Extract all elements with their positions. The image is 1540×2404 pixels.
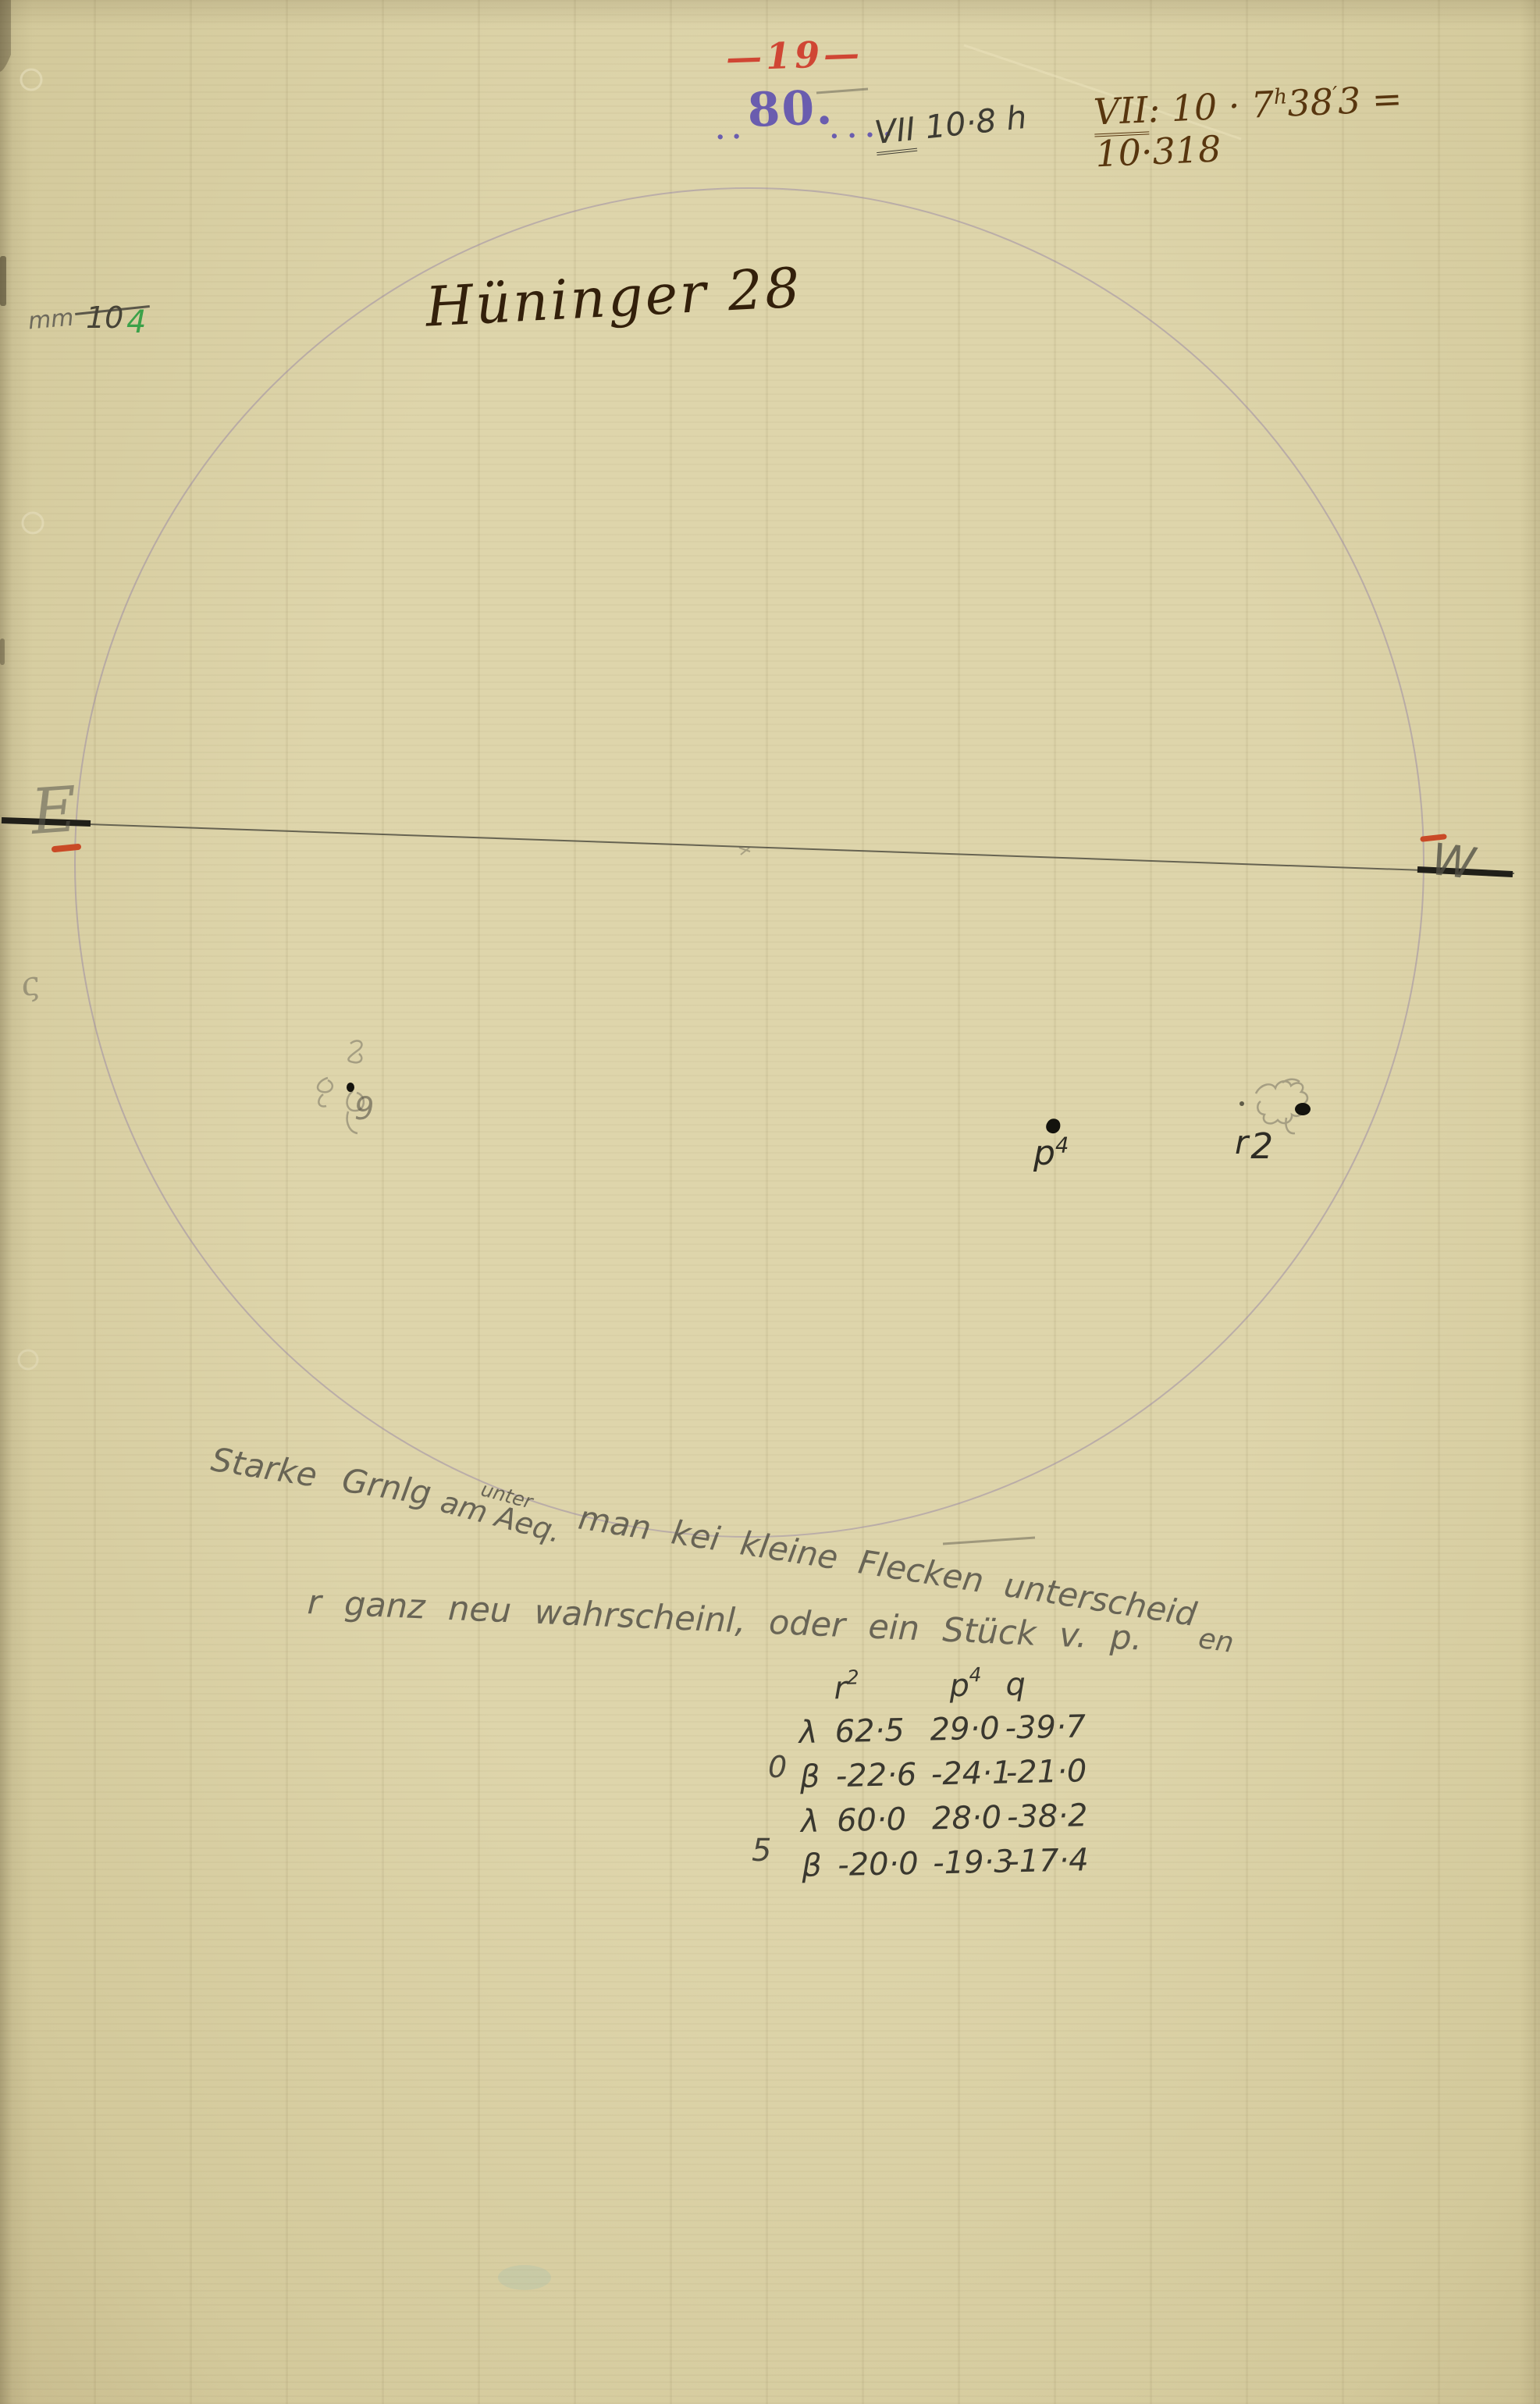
edge-stain (0, 638, 5, 665)
center-mark (739, 848, 750, 855)
punch-hole-emboss (23, 513, 43, 533)
table-cell-symbol: β (802, 1847, 838, 1893)
table-cell-value: 60·0 (837, 1801, 933, 1847)
table-cell-symbol: λ (801, 1803, 838, 1848)
table-header-q-base: q (1005, 1666, 1026, 1703)
stamp-dots-left: ·· (715, 121, 749, 153)
page-title-observer: Hüninger 28 (424, 255, 803, 339)
table-cell-value: -17·4 (1008, 1842, 1096, 1888)
equator-line (20, 822, 1514, 873)
table-cell-value: -39·7 (1005, 1709, 1093, 1755)
stamp-number: 80. (746, 80, 834, 138)
table-cell-value: 28·0 (932, 1799, 1008, 1845)
table-group-label-5: 5 (752, 1833, 771, 1869)
table-header-p4-base: p (949, 1668, 969, 1705)
west-label: W (1428, 834, 1478, 890)
spot-p-dot (1046, 1118, 1060, 1133)
spot-p-sup: 4 (1055, 1133, 1069, 1158)
punch-hole-emboss (21, 69, 41, 90)
edge-stain (0, 0, 11, 72)
note-strike (943, 1538, 1035, 1544)
red-tick-east (55, 847, 78, 849)
edge-stain (0, 256, 6, 306)
pencil-date-time: 10·8 h (913, 98, 1029, 148)
spot-r-tick (1239, 1101, 1244, 1106)
ink-date-part1: : 10 · 7 (1147, 83, 1275, 130)
blue-smudge (498, 2265, 551, 2290)
spot-p-label: p4 (1033, 1133, 1069, 1173)
table-cell-value: -24·1 (930, 1755, 1006, 1801)
coordinates-table: r2 p4 q λ 62·5 29·0 -39·7 β -22·6 -24·1 … (798, 1664, 1096, 1893)
table-group-label-0: 0 (768, 1750, 787, 1784)
table-cell-symbol: λ (798, 1714, 835, 1759)
table-header-p4: p4 (929, 1666, 1005, 1712)
drawing-layer (0, 0, 1540, 2404)
ink-date-hour-sup: h (1273, 84, 1288, 109)
note-insert: unteram Aeq. (439, 1472, 569, 1546)
table-header-r2-base: r (834, 1670, 847, 1706)
table-cell-value: -21·0 (1005, 1753, 1094, 1799)
spot-group-p (1046, 1118, 1060, 1133)
table-cell-symbol: β (799, 1759, 836, 1804)
table-header-r2: r2 (834, 1667, 930, 1714)
table-cell-value: 29·0 (930, 1710, 1005, 1756)
table-cell-value: -19·3 (933, 1844, 1008, 1890)
mm-label: mm (27, 304, 75, 336)
note-line1-tail: en (1197, 1623, 1236, 1660)
table-cell-value: -20·0 (838, 1845, 934, 1892)
scanned-observation-sheet: —19— ·· 80. ···· VII 10·8 h VII: 10 · 7h… (0, 0, 1540, 2404)
table-header-q: q (1004, 1664, 1092, 1710)
spot-left-label: 9 (354, 1091, 374, 1127)
spot-r-base: r (1235, 1123, 1248, 1161)
solar-disk-circle (75, 188, 1424, 1537)
table-header-r2-sup: 2 (846, 1666, 859, 1688)
spot-left-dot (347, 1083, 354, 1092)
mm-green-value: 4 (126, 304, 146, 340)
table-cell-value: 62·5 (834, 1712, 930, 1759)
pencil-date-roman: VII (873, 110, 917, 155)
ink-date: VII: 10 · 7h38′3 = 10·318 (1093, 72, 1540, 176)
table-header-p4-sup: 4 (969, 1663, 982, 1686)
east-label: E (29, 773, 80, 848)
margin-curl-mark: ς (16, 963, 42, 1005)
page-number: —19— (725, 32, 864, 79)
punch-hole-emboss (19, 1350, 37, 1369)
ink-date-part2: 38 (1286, 80, 1334, 125)
note-line1-start: Starke Grnlg (208, 1440, 434, 1513)
table-cell-empty (798, 1670, 834, 1715)
spot-r-label: r2 (1235, 1121, 1271, 1162)
ink-date-roman: VII (1093, 88, 1149, 137)
spot-r-digit: 2 (1250, 1126, 1273, 1167)
spot-p-base: p (1033, 1133, 1055, 1173)
table-cell-value: -22·6 (835, 1756, 931, 1803)
mm-struck-value: 10 (86, 300, 123, 335)
table-cell-value: -38·2 (1007, 1798, 1095, 1844)
spot-r-dot (1295, 1103, 1311, 1115)
